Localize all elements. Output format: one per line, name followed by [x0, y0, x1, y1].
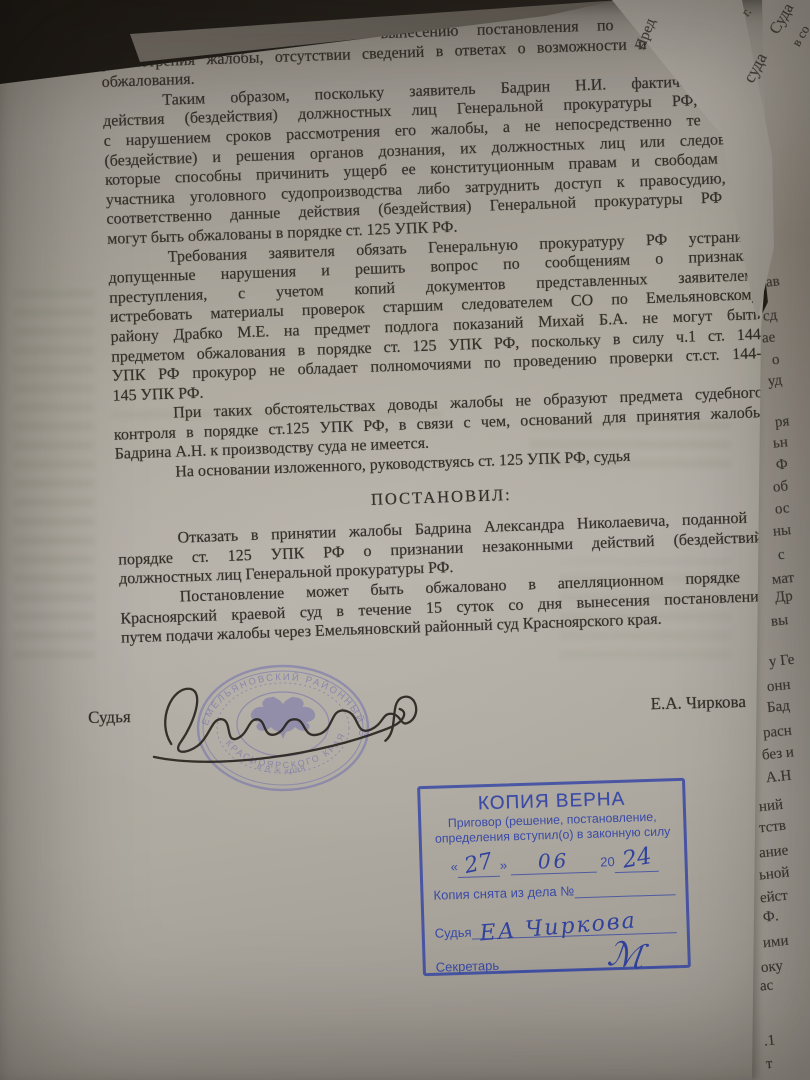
- cut-off-text-fragment: ав: [765, 273, 780, 291]
- stamp-secretary-row: Секретарь ℳ: [435, 937, 678, 975]
- cut-off-text-fragment: Ф: [775, 456, 789, 474]
- cut-off-text-fragment: сд: [762, 307, 778, 325]
- cut-off-text-fragment: ейст: [759, 888, 789, 908]
- document-page: порядке ст. 124 УПК РФ, не вынесению пос…: [0, 0, 810, 1080]
- cut-off-text-fragment: уд: [767, 372, 783, 390]
- blank-line: ЕА Чиркова: [471, 896, 677, 939]
- cut-off-text-fragment: вы: [770, 612, 789, 631]
- cut-off-text-fragment: Др: [774, 588, 793, 607]
- cut-off-text-fragment: ря: [774, 413, 790, 431]
- cut-off-text-fragment: ае: [761, 329, 776, 347]
- rotated-page-text: суда: [739, 50, 771, 87]
- cut-off-text-fragment: онн: [766, 677, 791, 696]
- cut-off-text-fragment: с: [777, 547, 785, 565]
- cut-off-text-fragment: .1: [763, 1032, 776, 1050]
- cut-off-text-fragment: Бад: [766, 698, 791, 717]
- cut-off-text-fragment: расн: [762, 723, 792, 743]
- handwritten-year: 24: [620, 843, 653, 874]
- copy-certification-stamp: КОПИЯ ВЕРНА Приговор (решение, постановл…: [417, 778, 691, 976]
- stamp-judge-label: Судья: [434, 925, 471, 941]
- stamp-date-row: «27» 06 2024: [432, 844, 675, 882]
- handwritten-day: 27: [463, 849, 496, 879]
- cut-off-text-fragment: ны: [772, 522, 792, 541]
- quote-close: »: [500, 857, 508, 872]
- handwritten-month: 06: [537, 849, 569, 874]
- printed-century: 20: [600, 854, 615, 869]
- cut-off-text-fragment: ими: [762, 933, 789, 953]
- handwritten-secretary-mark: ℳ: [605, 934, 645, 978]
- cut-off-text-fragment: тств: [758, 818, 787, 838]
- cut-off-text-fragment: Ф.: [762, 908, 779, 927]
- cut-off-text-fragment: оку: [760, 958, 784, 977]
- judge-label: Судья: [88, 707, 131, 728]
- cut-off-text-fragment: у Ге: [768, 652, 795, 672]
- cut-off-text-fragment: А.Н: [765, 768, 792, 788]
- rotated-page-text: г.: [738, 4, 755, 19]
- body-paragraphs-bottom: Отказать в принятии жалобы Бадрина Алекс…: [117, 508, 771, 648]
- blank-line: ℳ: [498, 936, 678, 973]
- rotated-page-text: Пред: [632, 16, 659, 52]
- cut-off-text-fragment: т: [765, 1056, 773, 1074]
- rotated-page-text: в со: [788, 23, 810, 50]
- cut-off-text-fragment: ос: [774, 500, 790, 518]
- ink-bleed-through: [14, 290, 94, 670]
- cut-off-text-fragment: ний: [758, 797, 784, 816]
- cut-off-text-fragment: о: [771, 352, 780, 370]
- cut-off-text-fragment: ание: [758, 843, 789, 863]
- judge-name: Е.А. Чиркова: [650, 692, 746, 714]
- stamp-secretary-label: Секретарь: [436, 958, 500, 975]
- cut-off-text-fragment: ьной: [758, 864, 790, 884]
- photo-of-court-document: авсдаеоудряьнФобоснысматДрвыу ГеоннБадра…: [0, 0, 810, 1080]
- other-pages-corner-text: Предг.Судав сосуда: [600, 0, 810, 150]
- cut-off-text-fragment: без и: [761, 744, 795, 764]
- cut-off-text-fragment: ьн: [772, 434, 789, 452]
- stamp-judge-row: Судья ЕА Чиркова: [434, 897, 677, 941]
- cut-off-text-fragment: мат: [771, 570, 795, 589]
- cut-off-text-fragment: об: [772, 478, 789, 496]
- judge-ink-signature: [137, 645, 433, 790]
